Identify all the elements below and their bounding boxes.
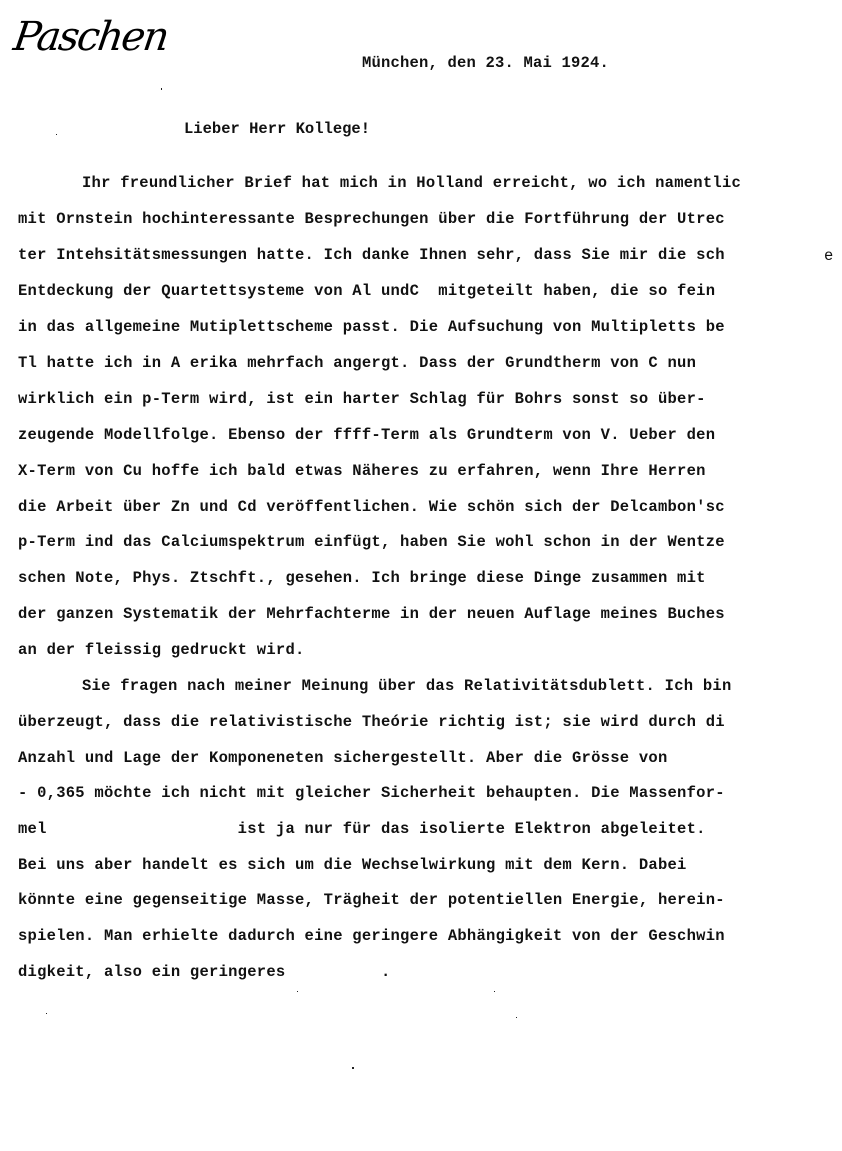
body-line: überzeugt, dass die relativistische Theó… [18,712,725,732]
letter-page: Paschen München, den 23. Mai 1924. Liebe… [0,0,842,1151]
handwritten-signature: Paschen [11,14,171,60]
scan-speck [161,88,162,90]
salutation: Lieber Herr Kollege! [184,120,370,138]
body-line: ter Intehsitätsmessungen hatte. Ich dank… [18,245,725,265]
body-line: p-Term ind das Calciumspektrum einfügt, … [18,532,725,552]
body-line: Ihr freundlicher Brief hat mich in Holla… [82,173,741,193]
body-line: an der fleissig gedruckt wird. [18,640,305,660]
body-line: der ganzen Systematik der Mehrfachterme … [18,604,725,624]
scan-speck [56,134,57,135]
body-line: X-Term von Cu hoffe ich bald etwas Näher… [18,461,706,481]
body-line: in das allgemeine Mutiplettscheme passt.… [18,317,725,337]
scan-speck [352,1067,354,1069]
body-line: Tl hatte ich in A erika mehrfach angergt… [18,353,696,373]
body-line: mel ist ja nur für das isolierte Elektro… [18,819,706,839]
body-line: mit Ornstein hochinteressante Besprechun… [18,209,725,229]
body-line: die Arbeit über Zn und Cd veröffentliche… [18,497,725,517]
scan-speck [297,991,298,992]
body-line: digkeit, also ein geringeres . [18,962,391,982]
dateline: München, den 23. Mai 1924. [362,54,609,72]
body-line: Anzahl und Lage der Komponeneten sicherg… [18,748,668,768]
body-line: Entdeckung der Quartettsysteme von Al un… [18,281,715,301]
scan-speck [516,1017,517,1018]
body-line: - 0,365 möchte ich nicht mit gleicher Si… [18,783,725,803]
body-line: Bei uns aber handelt es sich um die Wech… [18,855,687,875]
scan-speck [494,991,495,992]
margin-fragment: e [824,247,833,265]
body-line: Sie fragen nach meiner Meinung über das … [82,676,732,696]
body-line: schen Note, Phys. Ztschft., gesehen. Ich… [18,568,706,588]
body-line: zeugende Modellfolge. Ebenso der ffff-Te… [18,425,715,445]
scan-speck [46,1013,47,1014]
body-line: spielen. Man erhielte dadurch eine gerin… [18,926,725,946]
body-line: wirklich ein p-Term wird, ist ein harter… [18,389,706,409]
body-line: könnte eine gegenseitige Masse, Trägheit… [18,890,725,910]
